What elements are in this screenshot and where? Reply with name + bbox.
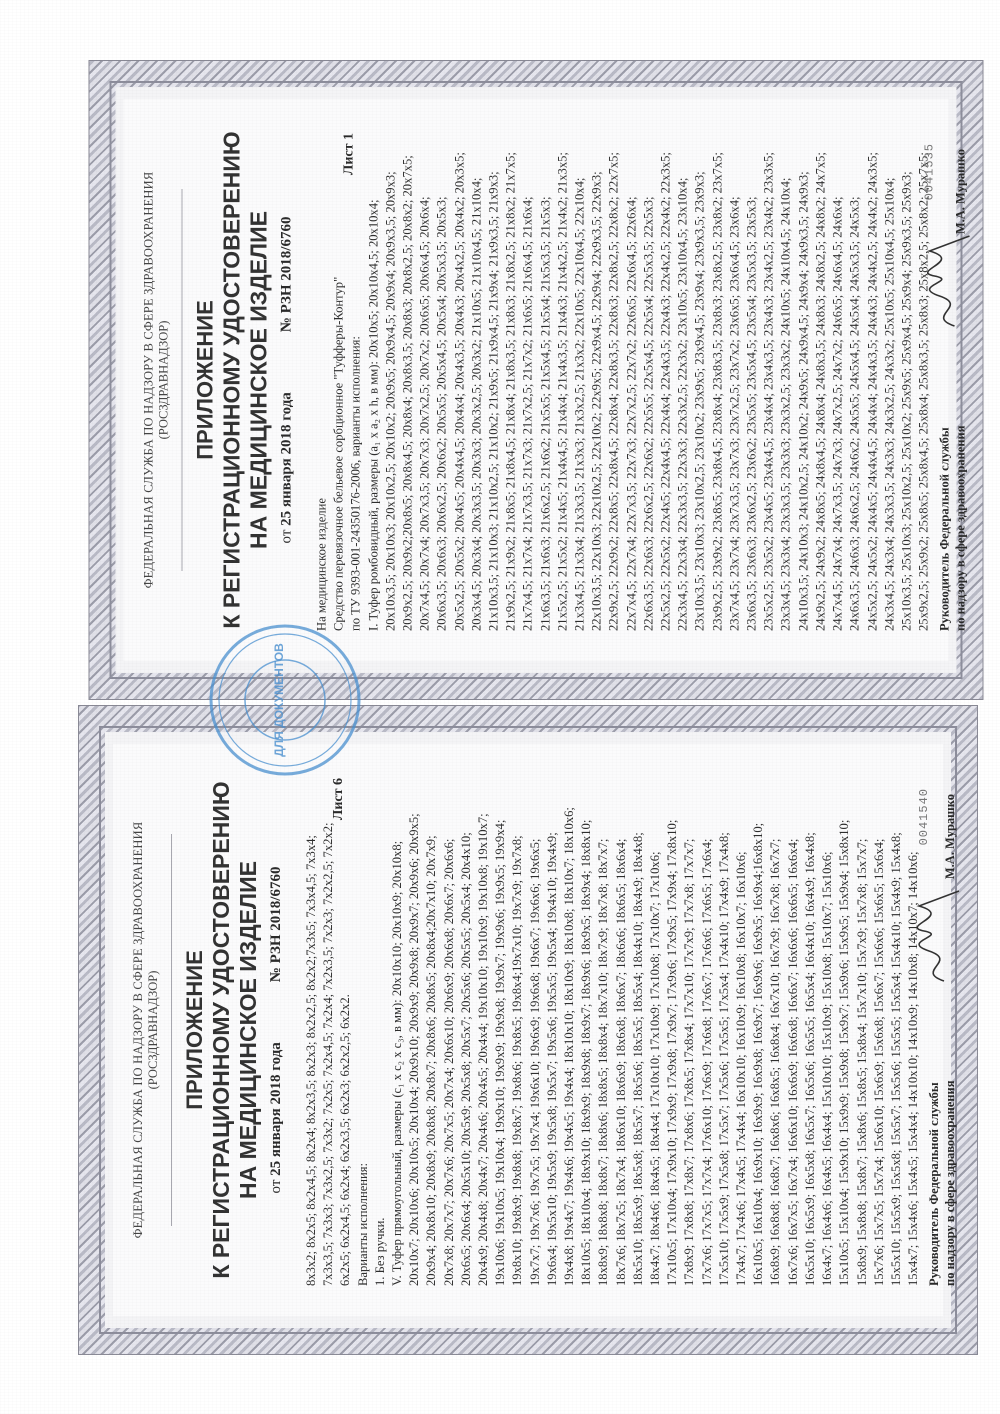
certificate-sheet-6: ФЕДЕРАЛЬНАЯ СЛУЖБА ПО НАДЗОРУ В СФЕРЕ ЗД… — [78, 705, 978, 1355]
text-line: 15x10x5; 15x10x4; 15x9x10; 15x9x9; 15x9x… — [836, 774, 853, 1286]
text-line: 18x10x5; 18x10x4; 18x9x10; 18x9x9; 18x9x… — [578, 774, 595, 1286]
text-line: 19x7x7; 19x7x6; 19x7x5; 19x7x4; 19x6x10;… — [527, 774, 544, 1286]
sheet-content: ФЕДЕРАЛЬНАЯ СЛУЖБА ПО НАДЗОРУ В СФЕРЕ ЗД… — [113, 744, 943, 1316]
text-line: 25x10x3,5; 25x10x3; 25x10x2,5; 25x10x2; … — [898, 129, 915, 631]
signatory-name: М.А. Мурашко — [943, 774, 958, 879]
text-line: 16x8x9; 16x8x8; 16x8x7; 16x8x6; 16x8x5; … — [767, 774, 784, 1286]
registration-number: № РЗН 2018/6760 — [278, 217, 295, 333]
title-appendix: ПРИЛОЖЕНИЕ — [182, 774, 208, 1286]
text-line: 7x3x3,5; 7x3x3; 7x3x2,5; 7x3x2; 7x2x5; 7… — [320, 774, 337, 1286]
text-line: 18x8x9; 18x8x8; 18x8x7; 18x8x6; 18x8x5; … — [595, 774, 612, 1286]
issue-date: от 25 января 2018 года — [268, 1042, 285, 1193]
text-line: 21x10x3,5; 21x10x3; 21x10x2,5; 21x10x2; … — [485, 129, 502, 631]
text-line: 20x10x3,5; 20x10x3; 20x10x2,5; 20x10x2; … — [382, 129, 399, 631]
text-line: 25x9x2,5; 25x9x2; 25x8x5; 25x8x4,5; 25x8… — [915, 129, 932, 631]
agency-name: ФЕДЕРАЛЬНАЯ СЛУЖБА ПО НАДЗОРУ В СФЕРЕ ЗД… — [131, 774, 146, 1286]
issue-date: от 25 января 2018 года — [278, 392, 295, 543]
title-registration: К РЕГИСТРАЦИОННОМУ УДОСТОВЕРЕНИЮ — [208, 774, 235, 1286]
text-line: 16x5x10; 16x5x9; 16x5x8; 16x5x7; 16x5x6;… — [802, 774, 819, 1286]
text-line: 21x3x4,5; 21x3x4; 21x3x3,5; 21x3x3; 21x3… — [571, 129, 588, 631]
text-line: 18x7x6; 18x7x5; 18x7x4; 18x6x10; 18x6x9;… — [613, 774, 630, 1286]
text-line: 6x2x5; 6x2x4,5; 6x2x4; 6x2x3,5; 6x2x3; 6… — [337, 774, 354, 1286]
text-line: 17x8x9; 17x8x8; 17x8x7; 17x8x6; 17x8x5; … — [681, 774, 698, 1286]
title-registration: К РЕГИСТРАЦИОННОМУ УДОСТОВЕРЕНИЮ — [218, 129, 245, 631]
text-line: 20x4x9; 20x4x8; 20x4x7; 20x4x6; 20x4x5; … — [475, 774, 492, 1286]
agency-short-name: (РОСЗДРАВНАДЗОР) — [146, 774, 161, 1286]
signature-icon — [904, 886, 964, 986]
text-line: 23x6x3,5; 23x6x3; 23x6x2,5; 23x6x2; 23x5… — [743, 129, 760, 631]
text-line: 20x9x4; 20x8x10; 20x8x9; 20x8x8; 20x8x7;… — [423, 774, 440, 1286]
text-line: 17x7x6; 17x7x5; 17x7x4; 17x6x10; 17x6x9;… — [699, 774, 716, 1286]
sheet-number: Лист 6 — [331, 778, 347, 820]
sheet-number: Лист 1 — [341, 133, 357, 175]
text-line: 20x6x5; 20x6x4; 20x5x10; 20x5x9; 20x5x8;… — [458, 774, 475, 1286]
text-line: I. Туфер ромбовидный, размеры (a₁ x a₂ x… — [365, 129, 382, 631]
certificate-sheet-1: ФЕДЕРАЛЬНАЯ СЛУЖБА ПО НАДЗОРУ В СФЕРЕ ЗД… — [88, 60, 983, 700]
text-line: 8x3x2; 8x2x5; 8x2x4,5; 8x2x4; 8x2x3,5; 8… — [303, 774, 320, 1286]
text-line: 22x10x3,5; 22x10x3; 22x10x2,5; 22x10x2; … — [588, 129, 605, 631]
text-line: 22x3x4,5; 22x3x4; 22x3x3,5; 22x3x3; 22x3… — [674, 129, 691, 631]
text-line: Варианты исполнения: — [355, 774, 372, 1286]
text-line: 17x5x10; 17x5x9; 17x5x8; 17x5x7; 17x5x6;… — [716, 774, 733, 1286]
text-line: 23x3x4,5; 23x3x4; 23x3x3,5; 23x3x3; 23x3… — [777, 129, 794, 631]
text-line: 18x5x10; 18x5x9; 18x5x8; 18x5x7; 18x5x6;… — [630, 774, 647, 1286]
text-line: 24x9x2,5; 24x9x2; 24x8x5; 24x8x4,5; 24x8… — [812, 129, 829, 631]
text-line: 15x5x10; 15x5x9; 15x5x8; 15x5x7; 15x5x6;… — [888, 774, 905, 1286]
text-line: На медицинское изделие — [313, 129, 330, 631]
text-line: 23x7x4,5; 23x7x4; 23x7x3,5; 23x7x3; 23x7… — [726, 129, 743, 631]
text-line: Средство перевязочное бельевое сорбционн… — [330, 129, 347, 631]
text-line: 24x7x4,5; 24x7x4; 24x7x3,5; 24x7x3; 24x7… — [829, 129, 846, 631]
text-line: 22x6x3,5; 22x6x3; 22x6x2,5; 22x6x2; 22x5… — [640, 129, 657, 631]
body-text: На медицинское изделиеСредство перевязоч… — [313, 129, 932, 631]
text-line: 1. Без ручки. — [372, 774, 389, 1286]
serial-number: 0041540 — [917, 788, 931, 845]
signatory-title: Руководитель Федеральной службы по надзо… — [936, 426, 968, 632]
title-appendix: ПРИЛОЖЕНИЕ — [192, 129, 218, 631]
text-line: 19x10x6; 19x10x5; 19x10x4; 19x9x10; 19x9… — [492, 774, 509, 1286]
text-line: 15x8x9; 15x8x8; 15x8x7; 15x8x6; 15x8x5; … — [854, 774, 871, 1286]
text-line: 19x6x4; 19x5x10; 19x5x9; 19x5x8; 19x5x7;… — [544, 774, 561, 1286]
text-line: по ТУ 9393-001-24350176-2006, варианты и… — [347, 129, 364, 631]
text-line: V. Туфер прямоугольный, размеры (c₁ x c₂… — [389, 774, 406, 1286]
text-line: 23x5x2,5; 23x5x2; 23x4x5; 23x4x4,5; 23x4… — [760, 129, 777, 631]
title-medical-device: НА МЕДИЦИНСКОЕ ИЗДЕЛИЕ — [245, 129, 272, 631]
text-line: 15x4x7; 15x4x6; 15x4x5; 15x4x4; 14x10x10… — [905, 774, 922, 1286]
text-line: 16x7x6; 16x7x5; 16x7x4; 16x6x10; 16x6x9;… — [785, 774, 802, 1286]
text-line: 20x9x2,5; 20x9x2;20x8x5; 20x8x4,5; 20x8x… — [399, 129, 416, 631]
body-text: 8x3x2; 8x2x5; 8x2x4,5; 8x2x4; 8x2x3,5; 8… — [303, 774, 922, 1286]
text-line: 22x7x4,5; 22x7x4; 22x7x3,5; 22x7x3; 22x7… — [623, 129, 640, 631]
text-line: 16x10x5; 16x10x4; 16x9x10; 16x9x9; 16x9x… — [750, 774, 767, 1286]
text-line: 21x6x3,5; 21x6x3; 21x6x2,5; 21x6x2; 21x5… — [537, 129, 554, 631]
text-line: 16x4x7; 16x4x6; 16x4x5; 16x4x4; 15x10x10… — [819, 774, 836, 1286]
text-line: 20x7x8; 20x7x7; 20x7x6; 20x7x5; 20x7x4; … — [441, 774, 458, 1286]
text-line: 20x3x4,5; 20x3x4; 20x3x3,5; 20x3x3; 20x3… — [468, 129, 485, 631]
text-line: 24x3x4,5; 24x3x4; 24x3x3,5; 24x3x3; 24x3… — [881, 129, 898, 631]
sheet-6-wrapper: ФЕДЕРАЛЬНАЯ СЛУЖБА ПО НАДЗОРУ В СФЕРЕ ЗД… — [78, 705, 978, 1355]
text-line: 23x10x3,5; 23x10x3; 23x10x2,5; 23x10x2; … — [691, 129, 708, 631]
signatory-title: Руководитель Федеральной службы по надзо… — [926, 1081, 958, 1287]
text-line: 21x9x2,5; 21x9x2; 21x8x5; 21x8x4,5; 21x8… — [502, 129, 519, 631]
signature-icon — [914, 231, 974, 331]
text-line: 20x5x2,5; 20x5x2; 20x4x5; 20x4x4,5; 20x4… — [451, 129, 468, 631]
serial-number: 0041535 — [922, 143, 936, 200]
text-line: 24x5x2,5; 24x5x2; 24x4x5; 24x4x4,5; 24x4… — [864, 129, 881, 631]
text-line: 19x4x8; 19x4x7; 19x4x6; 19x4x5; 19x4x4; … — [561, 774, 578, 1286]
text-line: 22x9x2,5; 22x9x2; 22x8x5; 22x8x4,5; 22x8… — [605, 129, 622, 631]
text-line: 23x9x2,5; 23x9x2; 23x8x5; 23x8x4,5; 23x8… — [709, 129, 726, 631]
text-line: 19x8x10; 19x8x9; 19x8x8; 19x8x7; 19x8x6;… — [509, 774, 526, 1286]
text-line: 15x7x6; 15x7x5; 15x7x4; 15x6x10; 15x6x9;… — [871, 774, 888, 1286]
signature-block: Руководитель Федеральной службы по надзо… — [926, 774, 958, 1286]
text-line: 17x4x7; 17x4x6; 17x4x5; 17x4x4; 16x10x10… — [733, 774, 750, 1286]
text-line: 17x10x5; 17x10x4; 17x9x10; 17x9x9; 17x9x… — [664, 774, 681, 1286]
sheet-content: ФЕДЕРАЛЬНАЯ СЛУЖБА ПО НАДЗОРУ В СФЕРЕ ЗД… — [123, 99, 948, 661]
date-number-line: от 25 января 2018 года № РЗН 2018/6760 — [268, 774, 285, 1286]
text-line: 20x7x4,5; 20x7x4; 20x7x3,5; 20x7x3; 20x7… — [416, 129, 433, 631]
text-line: 18x4x7; 18x4x6; 18x4x5; 18x4x4; 17x10x10… — [647, 774, 664, 1286]
signature-block: Руководитель Федеральной службы по надзо… — [936, 129, 968, 631]
header-divider — [171, 834, 172, 1226]
title-medical-device: НА МЕДИЦИНСКОЕ ИЗДЕЛИЕ — [235, 774, 262, 1286]
header-divider — [181, 189, 182, 571]
signatory-name: М.А. Мурашко — [953, 129, 968, 234]
date-number-line: от 25 января 2018 года № РЗН 2018/6760 — [278, 129, 295, 631]
text-line: 24x10x3,5; 24x10x3; 24x10x2,5; 24x10x2; … — [795, 129, 812, 631]
sheet-1-wrapper: ФЕДЕРАЛЬНАЯ СЛУЖБА ПО НАДЗОРУ В СФЕРЕ ЗД… — [88, 60, 983, 700]
text-line: 20x10x7; 20x10x6; 20x10x5; 20x10x4; 20x9… — [406, 774, 423, 1286]
text-line: 22x5x2,5; 22x5x2; 22x4x5; 22x4x4,5; 22x4… — [657, 129, 674, 631]
text-line: 20x6x3,5; 20x6x3; 20x6x2,5; 20x6x2; 20x5… — [433, 129, 450, 631]
agency-short-name: (РОСЗДРАВНАДЗОР) — [156, 129, 171, 631]
text-line: 21x5x2,5; 21x5x2; 21x4x5; 21x4x4,5; 21x4… — [554, 129, 571, 631]
agency-name: ФЕДЕРАЛЬНАЯ СЛУЖБА ПО НАДЗОРУ В СФЕРЕ ЗД… — [141, 129, 156, 631]
text-line: 24x6x3,5; 24x6x3; 24x6x2,5; 24x6x2; 24x5… — [846, 129, 863, 631]
text-line: 21x7x4,5; 21x7x4; 21x7x3,5; 21x7x3; 21x7… — [519, 129, 536, 631]
registration-number: № РЗН 2018/6760 — [268, 867, 285, 983]
